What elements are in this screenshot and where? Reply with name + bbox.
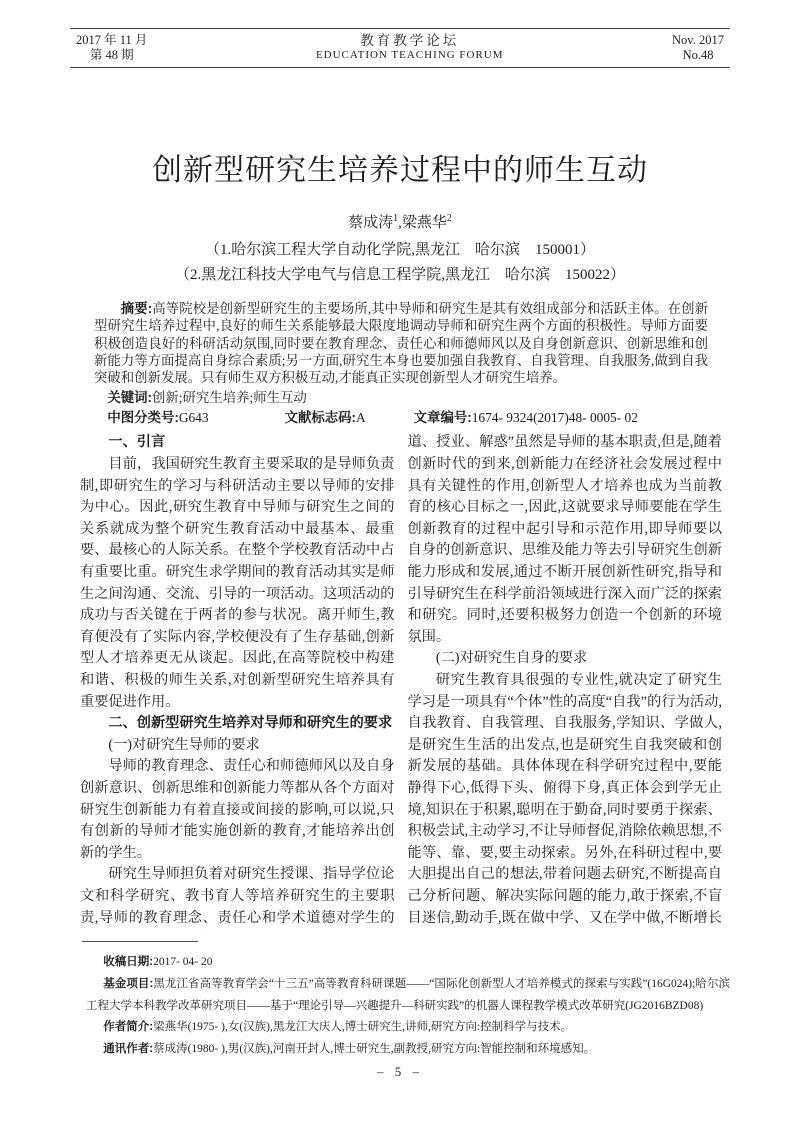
footnote-label: 作者简介: <box>103 1021 153 1033</box>
body-column-left: 一、引言目前，我国研究生教育主要采取的是导师负责制,即研究生的学习与科研活动主要… <box>80 432 395 931</box>
body-column-right: 道、授业、解惑”虽然是导师的基本职责,但是,随着创新时代的到来,创新能力在经济社… <box>408 432 723 931</box>
keywords-line: 关键词:创新;研究生培养;师生互动 <box>94 388 708 407</box>
classification-line: 中图分类号:G643文献标志码:A文章编号:1674- 9324(2017)48… <box>94 408 708 427</box>
author-name: 蔡成涛 <box>348 215 393 231</box>
journal-page: 2017 年 11 月 第 48 期 教育教学论坛 EDUCATION TEAC… <box>0 0 800 1132</box>
author-affiliation-mark: 2 <box>447 213 452 224</box>
body-paragraph: 导师的教育理念、责任心和师德师风以及自身创新意识、创新思维和创新能力等都从各个方… <box>80 756 395 864</box>
footnote-divider <box>82 941 198 942</box>
footnotes: 收稿日期:2017- 04- 20基金项目:黑龙江省高等教育学会“十三五”高等教… <box>86 952 730 1060</box>
document-code: 文献标志码:A <box>285 410 366 425</box>
footnote-item: 收稿日期:2017- 04- 20 <box>86 952 730 974</box>
body-columns: 一、引言目前，我国研究生教育主要采取的是导师负责制,即研究生的学习与科研活动主要… <box>70 432 730 931</box>
abstract-block: 摘要:高等院校是创新型研究生的主要场所,其中导师和研究生是其有效组成部分和活跃主… <box>94 300 708 427</box>
article-title: 创新型研究生培养过程中的师生互动 <box>70 153 730 189</box>
section-heading: 二、创新型研究生培养对导师和研究生的要求 <box>80 713 395 735</box>
clc-value: G643 <box>179 410 209 425</box>
subsection-heading: (一)对研究生导师的要求 <box>80 735 395 757</box>
clc-label: 中图分类号: <box>107 410 178 425</box>
body-paragraph: 目前，我国研究生教育主要采取的是导师负责制,即研究生的学习与科研活动主要以导师的… <box>80 454 395 713</box>
keywords-text: 创新;研究生培养;师生互动 <box>152 390 307 405</box>
subsection-heading: (二)对研究生自身的要求 <box>408 648 723 670</box>
section-heading: 一、引言 <box>80 432 395 454</box>
affiliation-line: （1.哈尔滨工程大学自动化学院,黑龙江 哈尔滨 150001） <box>70 238 730 263</box>
header-issue-info-cn: 2017 年 11 月 第 48 期 <box>76 33 147 63</box>
article-id: 文章编号:1674- 9324(2017)48- 0005- 02 <box>414 410 638 425</box>
journal-name-en: EDUCATION TEACHING FORUM <box>316 48 504 63</box>
body-paragraph: 研究生教育具很强的专业性,就决定了研究生学习是一项具有“个体”性的高度“自我”的… <box>408 670 723 931</box>
abstract-text: 高等院校是创新型研究生的主要场所,其中导师和研究生是其有效组成部分和活跃主体。在… <box>94 301 708 385</box>
footnote-item: 作者简介:梁燕华(1975- ),女(汉族),黑龙江大庆人,博士研究生,讲师,研… <box>86 1017 730 1039</box>
abstract-label: 摘要: <box>121 301 152 316</box>
document-code-label: 文献标志码: <box>285 410 356 425</box>
keywords-label: 关键词: <box>107 390 152 405</box>
body-paragraph-continued: 道、授业、解惑”虽然是导师的基本职责,但是,随着创新时代的到来,创新能力在经济社… <box>408 432 723 648</box>
header-issue-en: No.48 <box>672 48 724 63</box>
header-issue-info-en: Nov. 2017 No.48 <box>672 33 724 63</box>
abstract-paragraph: 摘要:高等院校是创新型研究生的主要场所,其中导师和研究生是其有效组成部分和活跃主… <box>94 300 708 386</box>
footnote-item: 通讯作者:蔡成涛(1980- ),男(汉族),河南开封人,博士研究生,副教授,研… <box>86 1039 730 1061</box>
header-date-en: Nov. 2017 <box>672 33 724 48</box>
affiliations: （1.哈尔滨工程大学自动化学院,黑龙江 哈尔滨 150001） （2.黑龙江科技… <box>70 238 730 288</box>
journal-header: 2017 年 11 月 第 48 期 教育教学论坛 EDUCATION TEAC… <box>70 28 730 68</box>
journal-name-cn: 教育教学论坛 <box>316 33 504 48</box>
header-date-cn: 2017 年 11 月 <box>76 33 147 48</box>
author-name: 梁燕华 <box>402 215 447 231</box>
journal-name: 教育教学论坛 EDUCATION TEACHING FORUM <box>316 33 504 63</box>
footnote-label: 通讯作者: <box>103 1043 153 1055</box>
clc-number: 中图分类号:G643 <box>107 410 208 425</box>
affiliation-line: （2.黑龙江科技大学电气与信息工程学院,黑龙江 哈尔滨 150022） <box>70 263 730 288</box>
footnote-label: 基金项目: <box>103 978 153 990</box>
document-code-value: A <box>356 410 366 425</box>
article-id-value: 1674- 9324(2017)48- 0005- 02 <box>472 410 638 425</box>
article-id-label: 文章编号: <box>414 410 472 425</box>
header-issue-cn: 第 48 期 <box>76 48 147 63</box>
footnote-item: 基金项目:黑龙江省高等教育学会“十三五”高等教育科研课题——“国际化创新型人才培… <box>86 974 730 1017</box>
footnote-label: 收稿日期: <box>103 956 153 968</box>
author-line: 蔡成涛1,梁燕华2 <box>70 211 730 232</box>
page-number: – 5 – <box>70 1064 730 1080</box>
body-paragraph: 研究生导师担负着对研究生授课、指导学位论文和科学研究、教书育人等培养研究生的主要… <box>80 864 395 931</box>
